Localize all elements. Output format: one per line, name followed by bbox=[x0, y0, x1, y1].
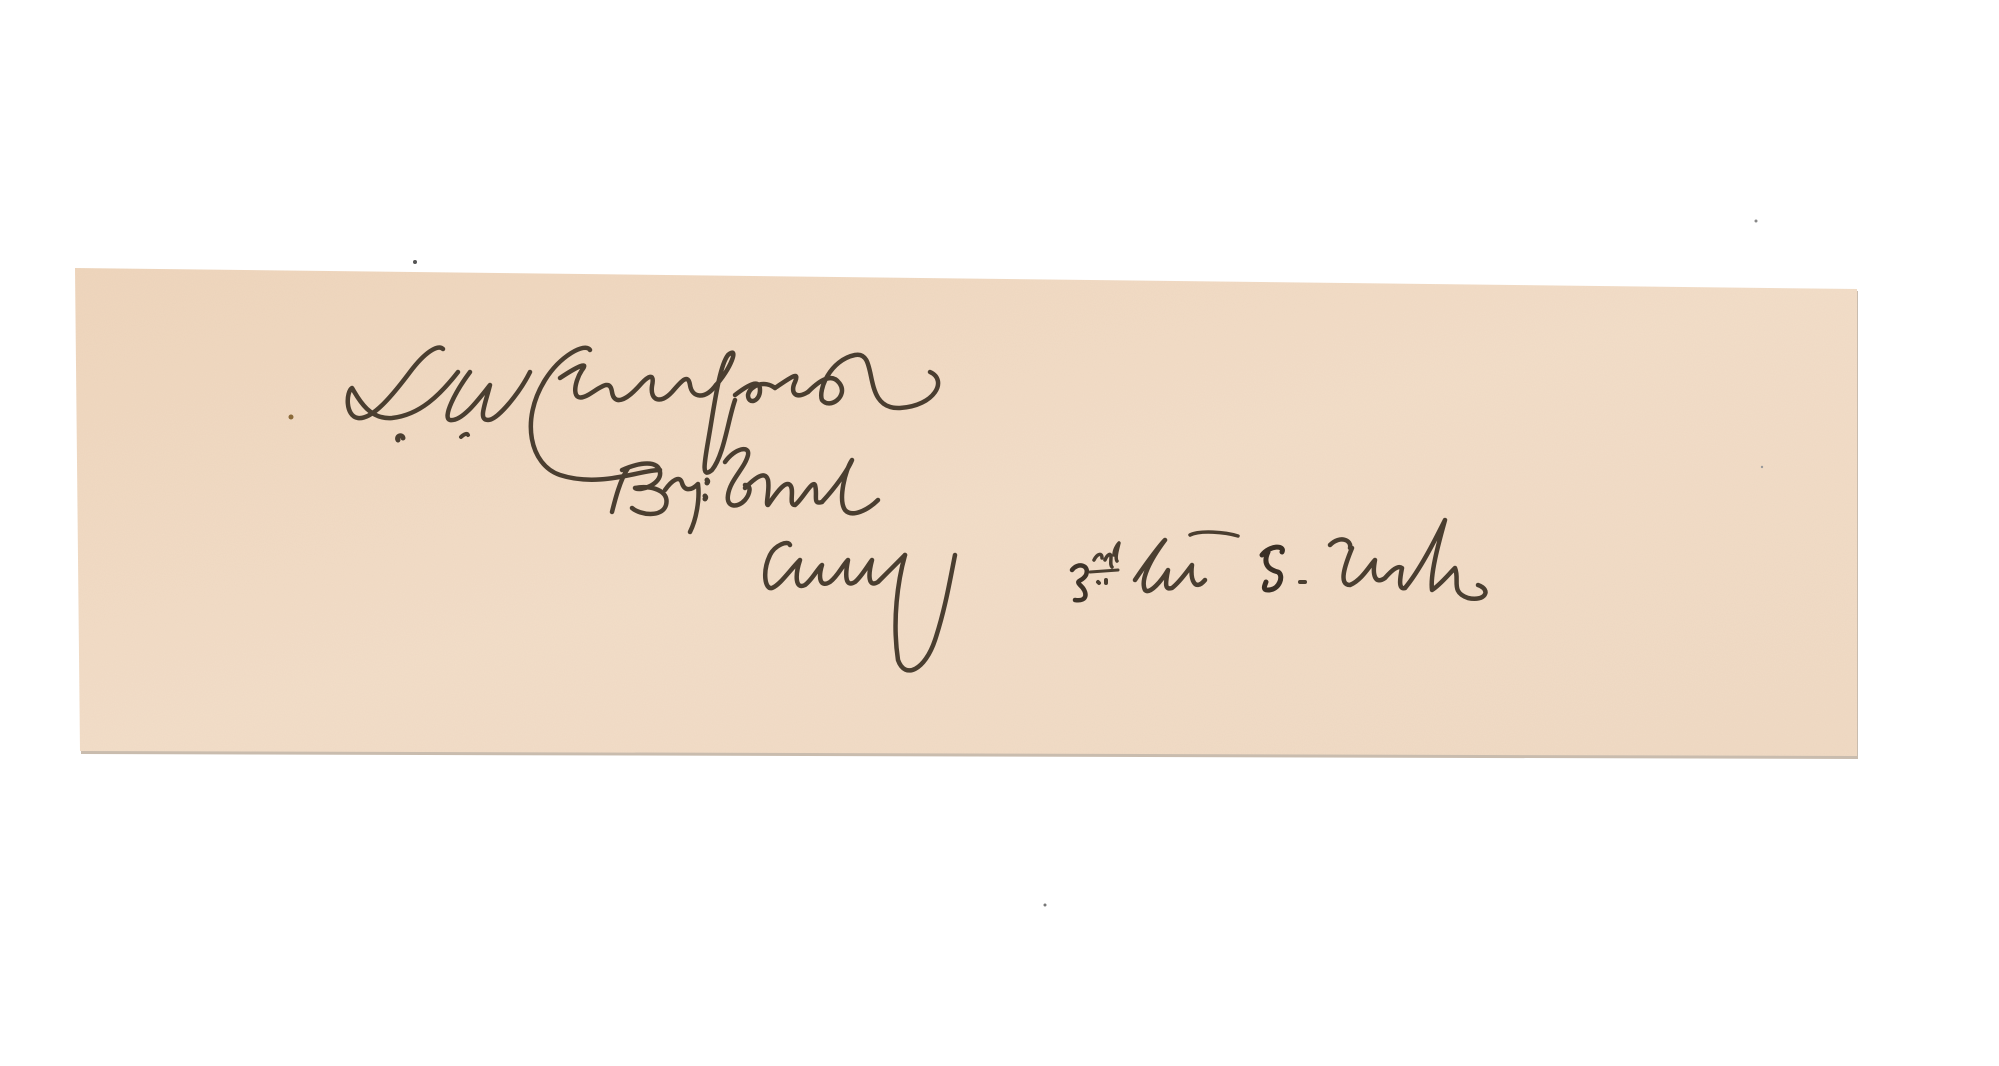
ink-speck bbox=[1044, 904, 1047, 907]
ink-speck bbox=[413, 260, 417, 264]
ink-speck bbox=[289, 415, 294, 420]
ink-speck bbox=[1761, 466, 1763, 468]
ink-dot bbox=[461, 434, 468, 437]
paper-strip bbox=[75, 268, 1858, 759]
ink-dot bbox=[398, 436, 403, 440]
autograph-clipping bbox=[0, 0, 1999, 1066]
ink-speck bbox=[1755, 220, 1758, 223]
